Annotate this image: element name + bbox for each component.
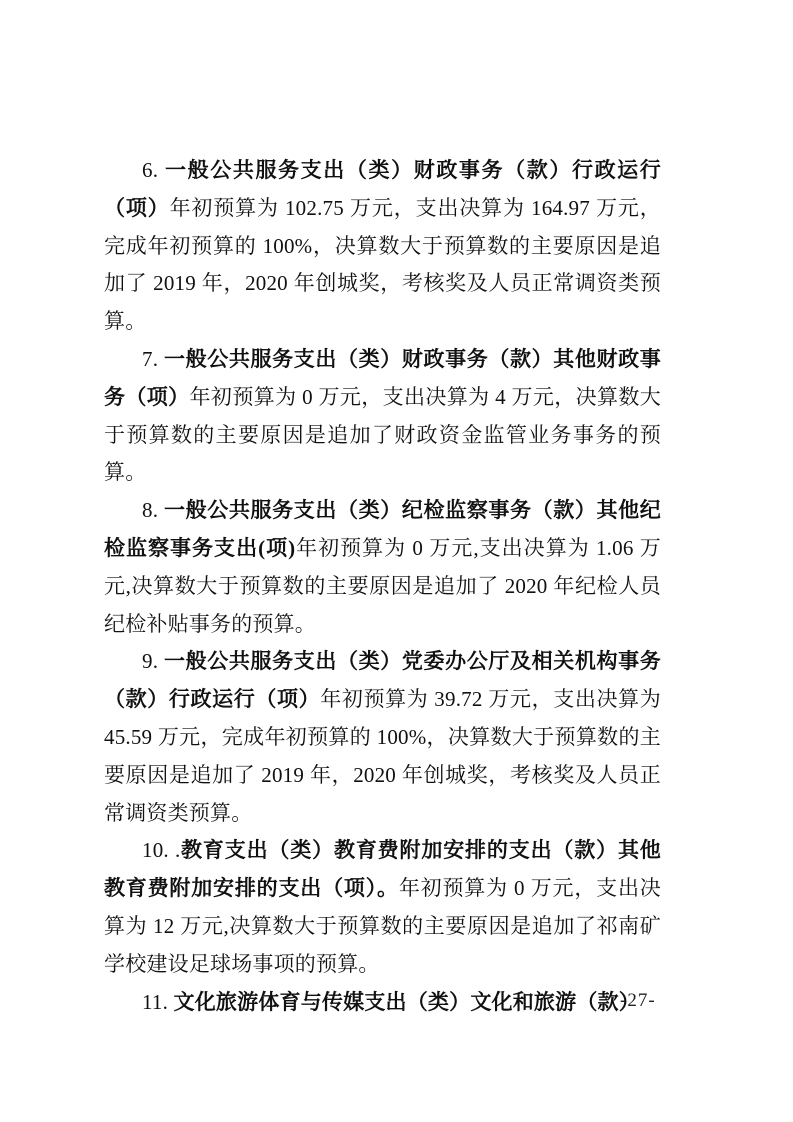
paragraph-item-6: 6. 一般公共服务支出（类）财政事务（款）行政运行（项）年初预算为 102.75… xyxy=(104,152,661,341)
paragraph-item-9: 9. 一般公共服务支出（类）党委办公厅及相关机构事务（款）行政运行（项）年初预算… xyxy=(104,643,661,832)
budget-item-text: 10. . xyxy=(142,838,180,862)
page-number: -27- xyxy=(620,990,656,1012)
paragraph-item-8: 8. 一般公共服务支出（类）纪检监察事务（款）其他纪检监察事务支出(项)年初预算… xyxy=(104,492,661,643)
budget-item-text: 年初预算为 102.75 万元，支出决算为 164.97 万元，完成年初预算的 … xyxy=(104,196,661,333)
paragraph-item-7: 7. 一般公共服务支出（类）财政事务（款）其他财政事务（项）年初预算为 0 万元… xyxy=(104,341,661,492)
budget-item-text: 11. xyxy=(142,990,174,1014)
document-body: 6. 一般公共服务支出（类）财政事务（款）行政运行（项）年初预算为 102.75… xyxy=(104,152,661,1021)
budget-item-text: 7. xyxy=(142,347,164,371)
budget-item-text: 8. xyxy=(142,498,164,522)
budget-item-heading: 文化旅游体育与传媒支出（类）文化和旅游（款） xyxy=(174,990,640,1014)
budget-item-text: 6. xyxy=(142,158,165,182)
paragraph-item-11: 11. 文化旅游体育与传媒支出（类）文化和旅游（款） xyxy=(104,984,661,1022)
document-page: 6. 一般公共服务支出（类）财政事务（款）行政运行（项）年初预算为 102.75… xyxy=(0,0,793,1122)
budget-item-text: 9. xyxy=(142,649,164,673)
paragraph-item-10: 10. .教育支出（类）教育费附加安排的支出（款）其他教育费附加安排的支出（项）… xyxy=(104,832,661,983)
